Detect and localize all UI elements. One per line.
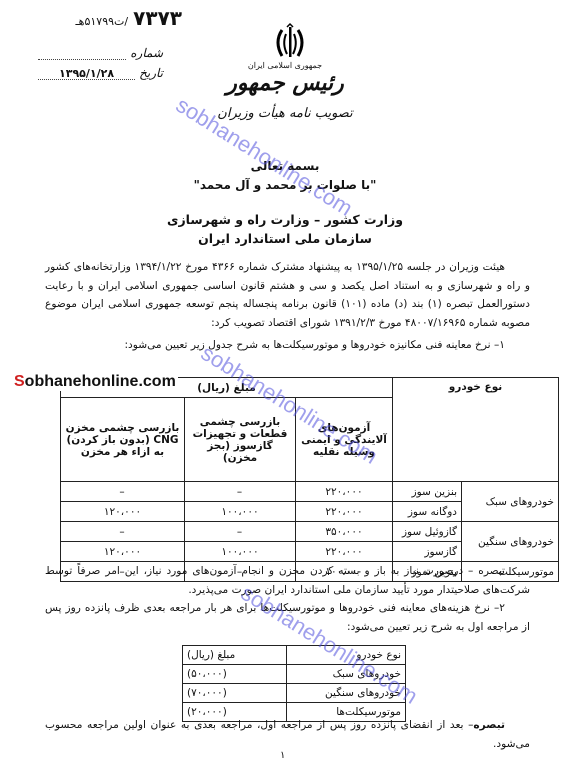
- brand-initial: S: [14, 373, 25, 390]
- brand-rest: obhanehonline.com: [25, 373, 176, 390]
- iran-emblem-icon: [270, 22, 310, 62]
- fuel-cell: بنزین سوز: [393, 482, 462, 502]
- clause-1: ۱– نرخ معاینه فنی مکانیزه خودروها و موتو…: [45, 336, 530, 355]
- value-cell: ۲۲۰،۰۰۰: [296, 482, 393, 502]
- recipient-line1: وزارت کشور – وزارت راه و شهرسازی: [100, 210, 470, 229]
- intro-paragraph: هیئت وزیران در جلسه ۱۳۹۵/۱/۲۵ به پیشنهاد…: [45, 258, 530, 355]
- value-cell: ۱۰۰،۰۰۰: [185, 542, 296, 562]
- header-amount: مبلغ (ریال): [183, 646, 287, 665]
- note-2-block: تبصره– بعد از انقضای پانزده روز پس از مر…: [45, 716, 530, 753]
- intro-text: هیئت وزیران در جلسه ۱۳۹۵/۱/۲۵ به پیشنهاد…: [45, 258, 530, 332]
- office-title: رئیس جمهور: [150, 70, 420, 96]
- header-vehicle-type: نوع خودرو: [287, 646, 406, 665]
- recipients: وزارت کشور – وزارت راه و شهرسازی سازمان …: [100, 210, 470, 248]
- amount-cell: (۵۰،۰۰۰): [183, 665, 287, 684]
- letter-number-main: ۷۳۷۳: [133, 6, 182, 30]
- fuel-cell: گازسوز: [393, 542, 462, 562]
- table-row: خودروهای سبک بنزین سوز ۲۲۰،۰۰۰ – –: [61, 482, 559, 502]
- vehicle-cell: خودروهای سبک: [287, 665, 406, 684]
- country-name: جمهوری اسلامی ایران: [150, 61, 420, 70]
- amount-cell: (۷۰،۰۰۰): [183, 684, 287, 703]
- invocation: بسمه تعالی "با صلوات بر محمد و آل محمد": [100, 157, 470, 195]
- value-cell: ۱۰۰،۰۰۰: [185, 502, 296, 522]
- date-field: تاریخ ۱۳۹۵/۱/۲۸: [38, 66, 163, 80]
- letter-number-suffix: /ت۵۱۷۹۹هـ: [75, 15, 128, 28]
- note-2-text: – بعد از انقضای پانزده روز پس از مراجعه …: [45, 719, 530, 750]
- revisit-rates-table: نوع خودرو مبلغ (ریال) خودروهای سبک (۵۰،۰…: [182, 645, 406, 722]
- group-cell: خودروهای سنگین: [462, 522, 559, 562]
- value-cell: –: [185, 522, 296, 542]
- table-row: خودروهای سبک (۵۰،۰۰۰): [183, 665, 406, 684]
- document-type: تصویب نامه هیأت وزیران: [150, 106, 420, 121]
- inspection-rates-table: نوع خودرو مبلغ (ریال) آزمون‌های آلایندگی…: [60, 377, 559, 582]
- date-value: ۱۳۹۵/۱/۲۸: [38, 67, 135, 80]
- value-cell: ۲۲۰،۰۰۰: [296, 502, 393, 522]
- value-cell: –: [61, 482, 185, 502]
- fuel-cell: دوگانه سوز: [393, 502, 462, 522]
- table-row: خودروهای سنگین گازوئیل سوز ۳۵۰،۰۰۰ – –: [61, 522, 559, 542]
- vehicle-cell: خودروهای سنگین: [287, 684, 406, 703]
- col-cng-tank-header: بازرسی چشمی مخزن CNG (بدون باز کردن) به …: [61, 398, 185, 482]
- table-header-row: نوع خودرو مبلغ (ریال): [183, 646, 406, 665]
- value-cell: ۱۲۰،۰۰۰: [61, 542, 185, 562]
- note-1-block: تبصره – درصورت نیاز به باز و بسته کردن م…: [45, 562, 530, 636]
- recipient-line2: سازمان ملی استاندارد ایران: [100, 229, 470, 248]
- table-row: خودروهای سنگین (۷۰،۰۰۰): [183, 684, 406, 703]
- fuel-cell: گازوئیل سوز: [393, 522, 462, 542]
- value-cell: ۲۲۰،۰۰۰: [296, 542, 393, 562]
- col-emissions-header: آزمون‌های آلایندگی و ایمنی وسیله نقلیه: [296, 398, 393, 482]
- note-2-label: تبصره: [473, 719, 505, 731]
- col-gas-parts-header: بازرسی چشمی قطعات و تجهیزات گازسوز (بجز …: [185, 398, 296, 482]
- site-brand-watermark: Sobhanehonline.com: [14, 373, 178, 391]
- vehicle-type-header: نوع خودرو: [393, 378, 559, 482]
- group-cell: خودروهای سبک: [462, 482, 559, 522]
- number-value: [38, 47, 126, 60]
- letter-number: ۷۳۷۳ /ت۵۱۷۹۹هـ: [32, 6, 182, 30]
- value-cell: ۱۲۰،۰۰۰: [61, 502, 185, 522]
- value-cell: –: [61, 522, 185, 542]
- value-cell: ۳۵۰،۰۰۰: [296, 522, 393, 542]
- invocation-line2: "با صلوات بر محمد و آل محمد": [100, 176, 470, 195]
- clause-2: ۲– نرخ هزینه‌های معاینه فنی خودروها و مو…: [45, 599, 530, 636]
- note-1: تبصره – درصورت نیاز به باز و بسته کردن م…: [45, 562, 530, 599]
- invocation-line1: بسمه تعالی: [100, 157, 470, 176]
- value-cell: –: [185, 482, 296, 502]
- number-field: شماره: [38, 46, 163, 60]
- number-label: شماره: [130, 46, 163, 60]
- page-number: ۱: [280, 750, 285, 761]
